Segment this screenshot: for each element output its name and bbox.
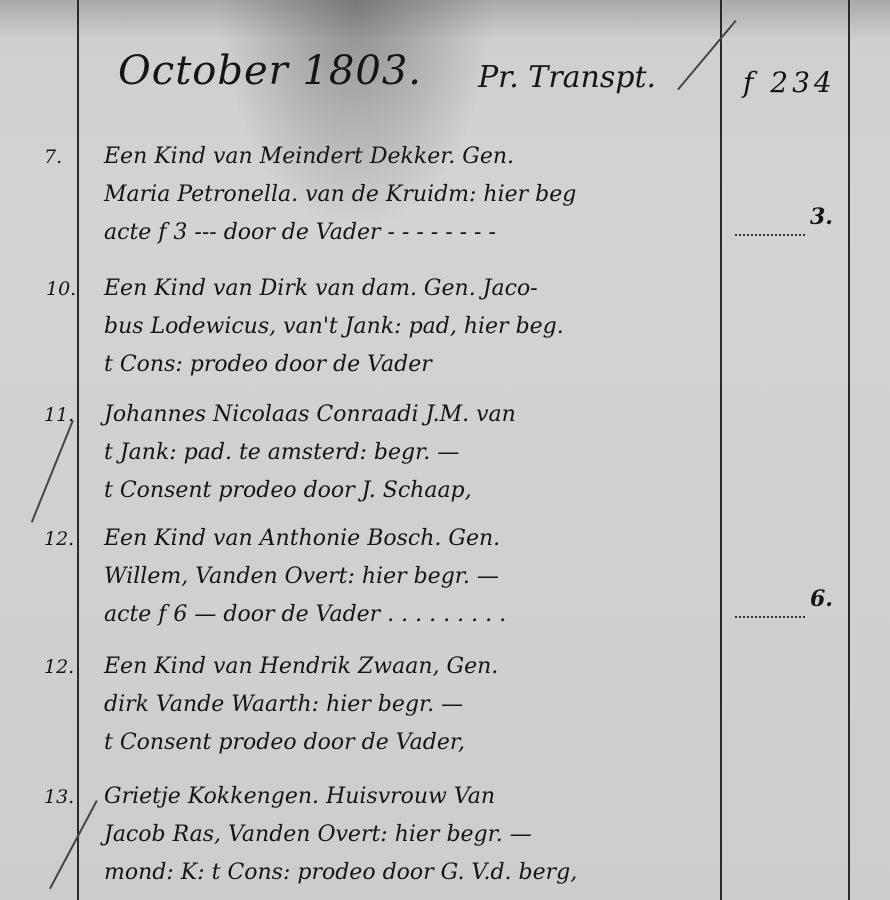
burial-entry: 11. Johannes Nicolaas Conraadi J.M. van … (0, 396, 890, 516)
entry-text: Een Kind van Meindert Dekker. Gen. Maria… (104, 138, 714, 252)
entry-fee: 3. (810, 204, 833, 230)
entry-day: 12. (44, 656, 74, 678)
page-header: October 1803. Pr. Transpt. f 234 (118, 30, 890, 110)
entry-line: acte f 3 --- door de Vader - - - - - - -… (104, 214, 714, 252)
entry-line: acte f 6 — door de Vader . . . . . . . .… (104, 596, 714, 634)
entry-day: 13. (44, 786, 74, 808)
month-heading: October 1803. (118, 48, 422, 94)
entry-text: Een Kind van Hendrik Zwaan, Gen. dirk Va… (104, 648, 714, 762)
entry-text: Johannes Nicolaas Conraadi J.M. van t Ja… (104, 396, 714, 510)
burial-entry: 7. Een Kind van Meindert Dekker. Gen. Ma… (0, 138, 890, 258)
entry-line: Een Kind van Anthonie Bosch. Gen. (104, 520, 714, 558)
entry-line: dirk Vande Waarth: hier begr. — (104, 686, 714, 724)
entry-line: t Consent prodeo door J. Schaap, (104, 472, 714, 510)
entry-line: t Consent prodeo door de Vader, (104, 724, 714, 762)
entry-text: Een Kind van Dirk van dam. Gen. Jaco- bu… (104, 270, 714, 384)
transport-label: Pr. Transpt. (478, 60, 656, 95)
entry-line: Jacob Ras, Vanden Overt: hier begr. — (104, 816, 714, 854)
entry-day: 10. (46, 278, 76, 300)
transport-amount: f 234 (743, 66, 836, 99)
entry-line: mond: K: t Cons: prodeo door G. V.d. ber… (104, 854, 714, 892)
entry-line: Een Kind van Hendrik Zwaan, Gen. (104, 648, 714, 686)
entry-line: t Cons: prodeo door de Vader (104, 346, 714, 384)
entry-fee: 6. (810, 586, 833, 612)
entry-line: Grietje Kokkengen. Huisvrouw Van (104, 778, 714, 816)
entry-line: t Jank: pad. te amsterd: begr. — (104, 434, 714, 472)
entry-text: Een Kind van Anthonie Bosch. Gen. Willem… (104, 520, 714, 634)
entry-line: Johannes Nicolaas Conraadi J.M. van (104, 396, 714, 434)
burial-entry: 12. Een Kind van Hendrik Zwaan, Gen. dir… (0, 648, 890, 768)
burial-entry: 12. Een Kind van Anthonie Bosch. Gen. Wi… (0, 520, 890, 640)
entry-day: 12. (44, 528, 74, 550)
entry-line: Willem, Vanden Overt: hier begr. — (104, 558, 714, 596)
burial-entry: 13. Grietje Kokkengen. Huisvrouw Van Jac… (0, 778, 890, 898)
entry-line: Een Kind van Dirk van dam. Gen. Jaco- (104, 270, 714, 308)
leader-dots (735, 234, 805, 236)
entry-day: 7. (44, 146, 62, 168)
entry-text: Grietje Kokkengen. Huisvrouw Van Jacob R… (104, 778, 714, 892)
burial-entry: 10. Een Kind van Dirk van dam. Gen. Jaco… (0, 270, 890, 390)
entry-line: Een Kind van Meindert Dekker. Gen. (104, 138, 714, 176)
entry-line: bus Lodewicus, van't Jank: pad, hier beg… (104, 308, 714, 346)
entry-line: Maria Petronella. van de Kruidm: hier be… (104, 176, 714, 214)
leader-dots (735, 616, 805, 618)
register-page: October 1803. Pr. Transpt. f 234 7. Een … (0, 0, 890, 900)
